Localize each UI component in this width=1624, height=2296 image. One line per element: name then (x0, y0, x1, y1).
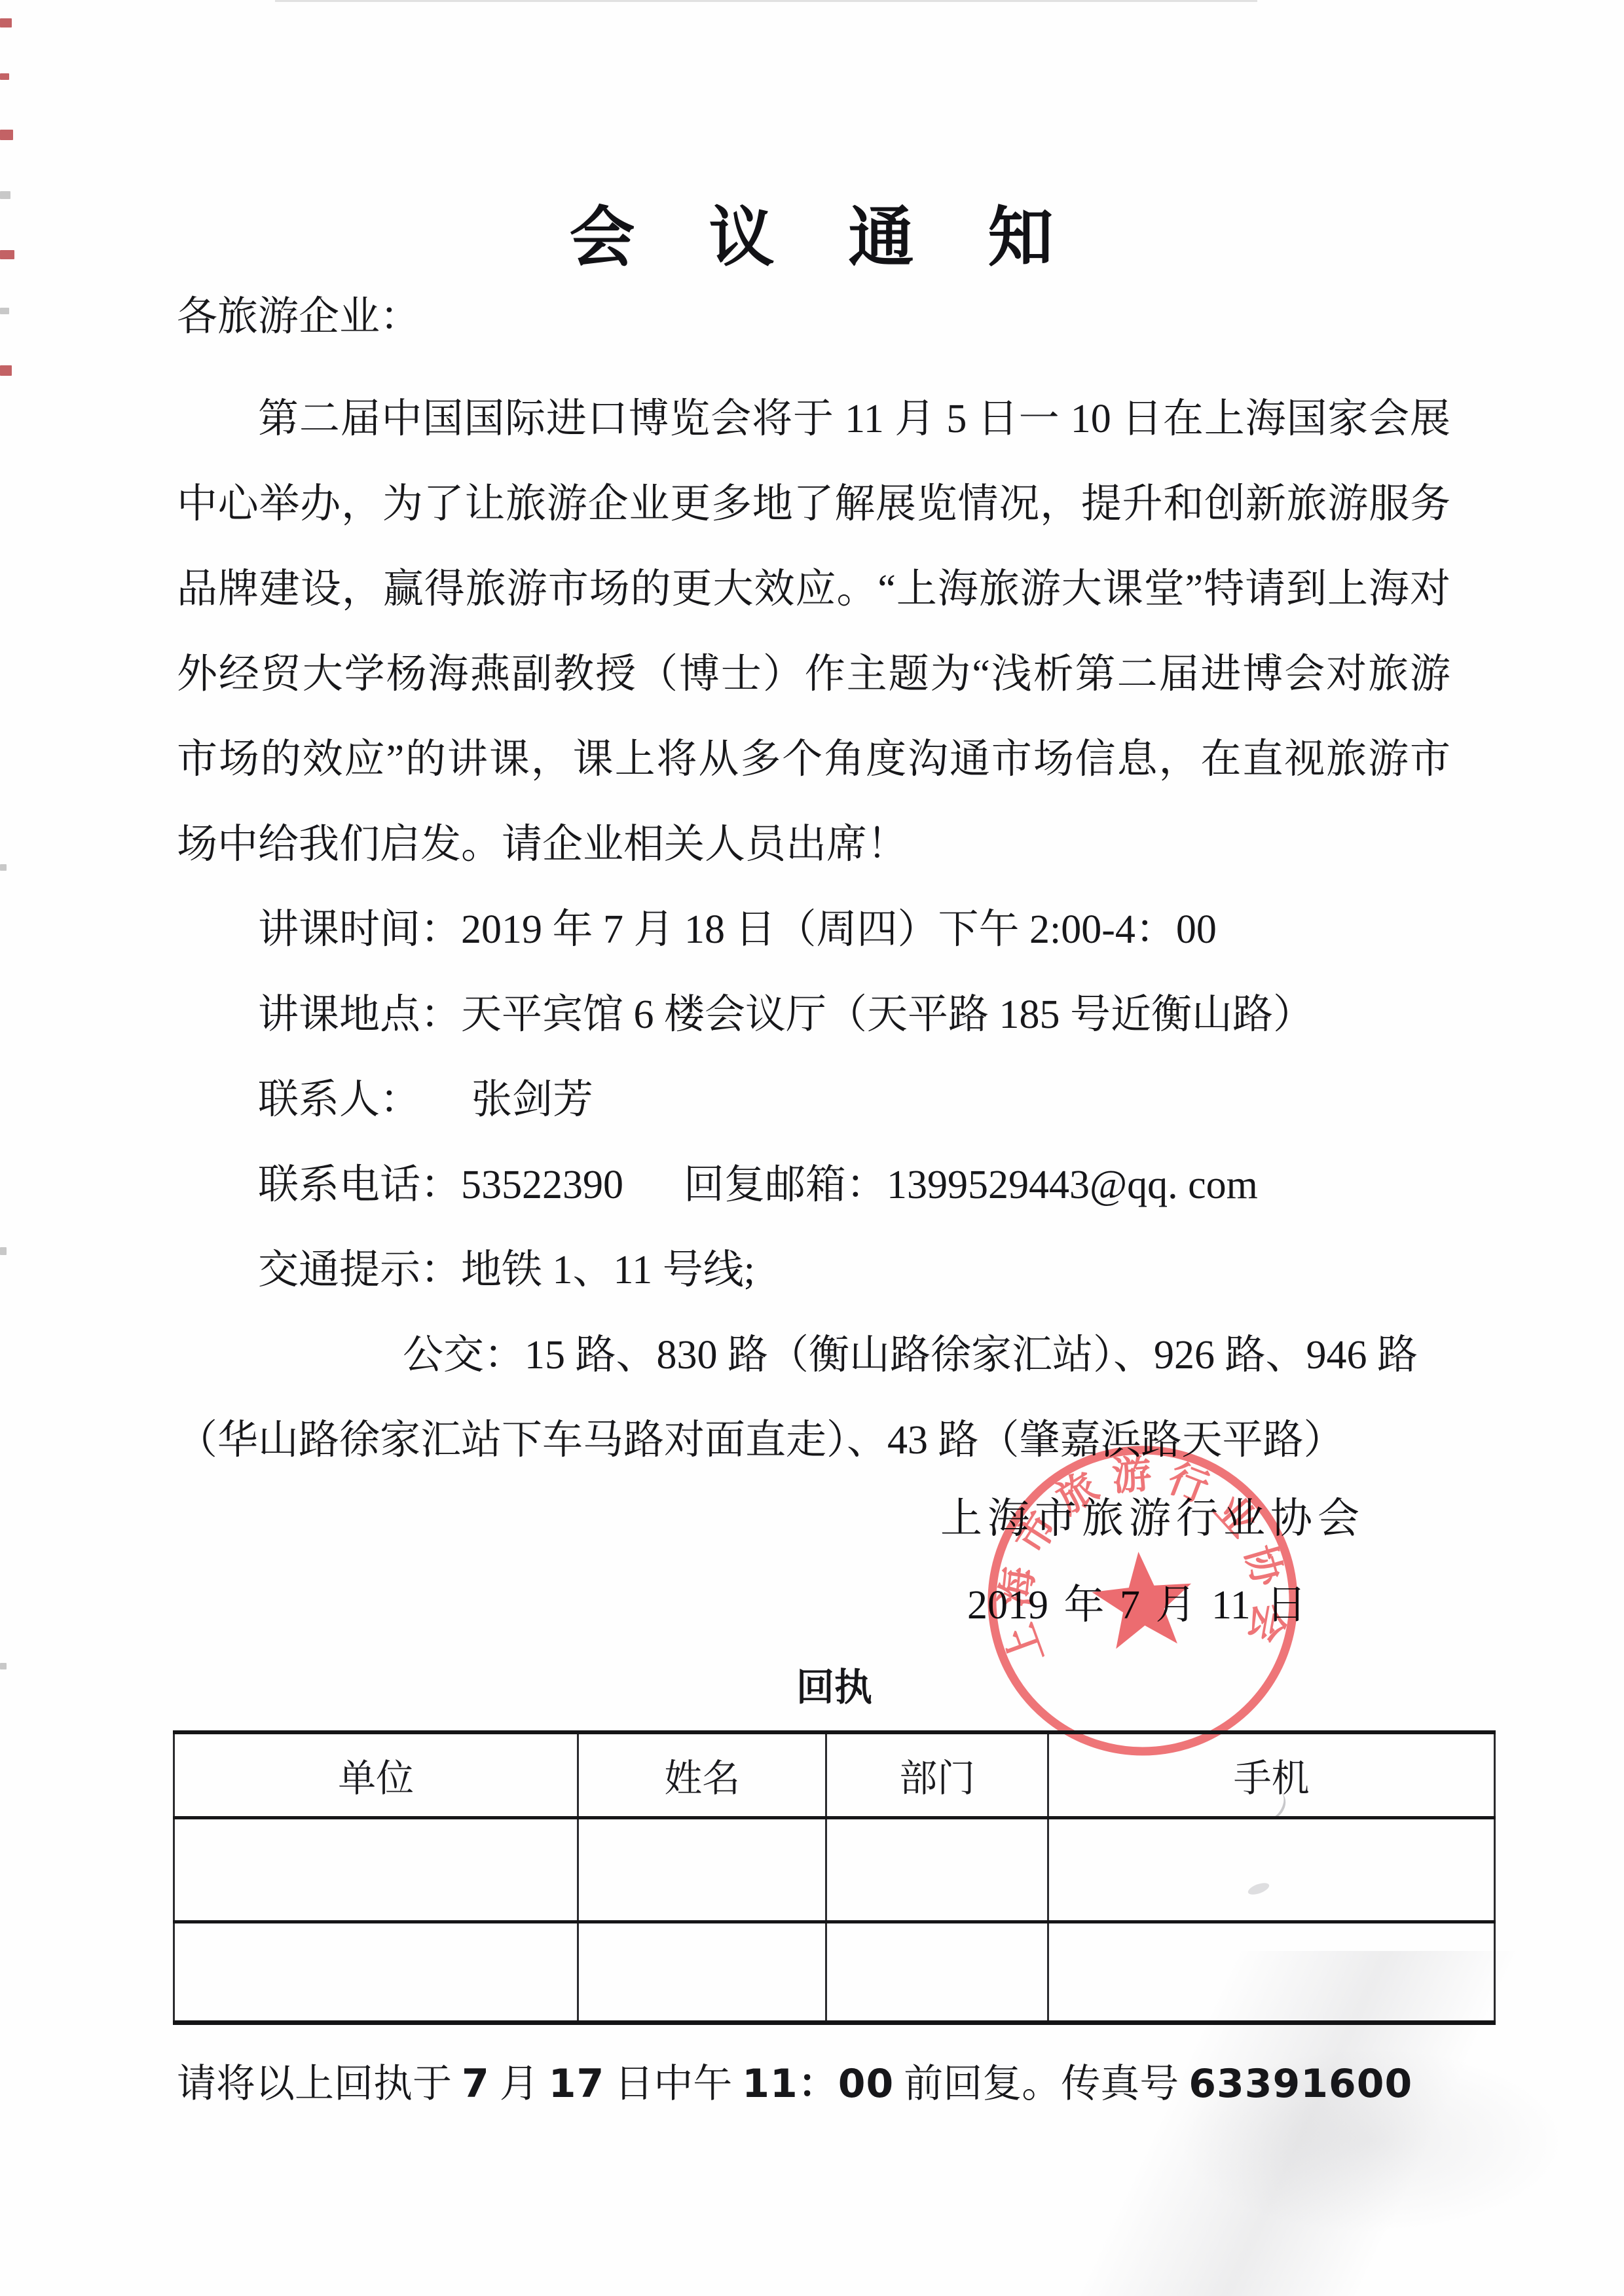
paragraph-line: 市场的效应”的讲课，课上将从多个角度沟通市场信息，在直视旅游市 (177, 717, 1450, 802)
scanned-document-page: 会 议 通 知 各旅游企业： 第二届中国国际进口博览会将于 11 月 5 日一 … (0, 0, 1624, 2296)
header-cell-department: 部门 (826, 1732, 1048, 1817)
seal-star-icon (1089, 1548, 1196, 1650)
lecture-place-line: 讲课地点：天平宾馆 6 楼会议厅（天平路 185 号近衡山路） (177, 972, 1450, 1057)
reply-deadline-note: 请将以上回执于 7 月 17 日中午 11：00 前回复。传真号 6339160… (177, 2041, 1519, 2126)
table-row (174, 1922, 1495, 2023)
footer-text: 月 (490, 2062, 549, 2105)
table-cell-department (826, 1922, 1048, 2023)
paragraph-line: 品牌建设，赢得旅游市场的更大效应。“上海旅游大课堂”特请到上海对 (177, 547, 1450, 632)
scan-artifact (0, 864, 7, 871)
lecture-time-label: 讲课时间： (258, 907, 461, 952)
traffic-tip-line: 交通提示：地铁 1、11 号线; (177, 1228, 1450, 1313)
footer-day: 17 (549, 2061, 605, 2107)
reply-mail-address: 1399529443@qq. com (887, 1163, 1258, 1207)
table-cell-department (826, 1817, 1048, 1922)
traffic-value: 地铁 1、11 号线; (461, 1248, 755, 1292)
footer-text: 请将以上回执于 (177, 2062, 462, 2105)
traffic-label: 交通提示： (258, 1248, 461, 1292)
official-red-seal: 上海市旅游行业协会 (965, 1423, 1320, 1778)
reply-mail-label: 回复邮箱： (684, 1163, 887, 1207)
header-cell-mobile: 手机 (1048, 1732, 1495, 1817)
table-cell-mobile (1048, 1817, 1495, 1922)
contact-person-line: 联系人：张剑芳 (177, 1057, 1450, 1142)
salutation: 各旅游企业： (177, 287, 420, 347)
footer-deadline-time: 11：00 (742, 2061, 894, 2107)
footer-day-month: 7 (462, 2061, 490, 2107)
table-row (174, 1817, 1495, 1922)
scan-artifact (0, 130, 13, 140)
phone-label: 联系电话： (258, 1163, 461, 1207)
scan-artifact (0, 308, 9, 314)
contact-label: 联系人： (258, 1078, 420, 1122)
table-cell-name (578, 1817, 826, 1922)
lecture-time-line: 讲课时间：2019 年 7 月 18 日（周四）下午 2:00-4：00 (177, 887, 1450, 972)
paragraph-line: 中心举办，为了让旅游企业更多地了解展览情况，提升和创新旅游服务 (177, 462, 1450, 547)
paragraph-line: 场中给我们启发。请企业相关人员出席！ (177, 802, 1450, 887)
lecture-place-value: 天平宾馆 6 楼会议厅（天平路 185 号近衡山路） (461, 993, 1314, 1037)
document-title: 会 议 通 知 (0, 185, 1624, 279)
table-cell-unit (174, 1817, 578, 1922)
contact-phone-line: 联系电话：53522390回复邮箱：1399529443@qq. com (177, 1142, 1450, 1228)
scan-artifact (0, 18, 12, 27)
header-cell-name: 姓名 (578, 1732, 826, 1817)
scan-artifact (0, 1247, 7, 1255)
reply-slip-title: 回执 (173, 1660, 1496, 1715)
scan-artifact (0, 1663, 7, 1669)
bus-line-1: 公交：15 路、830 路（衡山路徐家汇站）、926 路、946 路 (177, 1313, 1450, 1398)
footer-text: 日中午 (604, 2062, 742, 2105)
table-cell-unit (174, 1922, 578, 2023)
paragraph-line: 第二届中国国际进口博览会将于 11 月 5 日一 10 日在上海国家会展 (177, 376, 1450, 462)
reply-slip-table: 单位 姓名 部门 手机 (173, 1730, 1496, 2025)
scan-edge-line (275, 0, 1257, 2)
lecture-place-label: 讲课地点： (258, 993, 461, 1037)
table-cell-name (578, 1922, 826, 2023)
contact-name: 张剑芳 (471, 1078, 593, 1122)
footer-text: 前回复。传真号 (894, 2062, 1189, 2105)
table-header-row: 单位 姓名 部门 手机 (174, 1732, 1495, 1817)
meeting-details: 讲课时间：2019 年 7 月 18 日（周四）下午 2:00-4：00 讲课地… (177, 887, 1450, 1483)
lecture-time-value: 2019 年 7 月 18 日（周四）下午 2:00-4：00 (461, 907, 1217, 952)
phone-number: 53522390 (461, 1163, 623, 1207)
header-cell-unit: 单位 (174, 1732, 578, 1817)
body-paragraph: 第二届中国国际进口博览会将于 11 月 5 日一 10 日在上海国家会展 中心举… (177, 376, 1450, 887)
scan-artifact (0, 73, 9, 80)
paragraph-line: 外经贸大学杨海燕副教授（博士）作主题为“浅析第二届进博会对旅游 (177, 632, 1450, 717)
scan-artifact (0, 365, 12, 376)
table-cell-mobile (1048, 1922, 1495, 2023)
footer-fax-number: 63391600 (1189, 2061, 1412, 2107)
